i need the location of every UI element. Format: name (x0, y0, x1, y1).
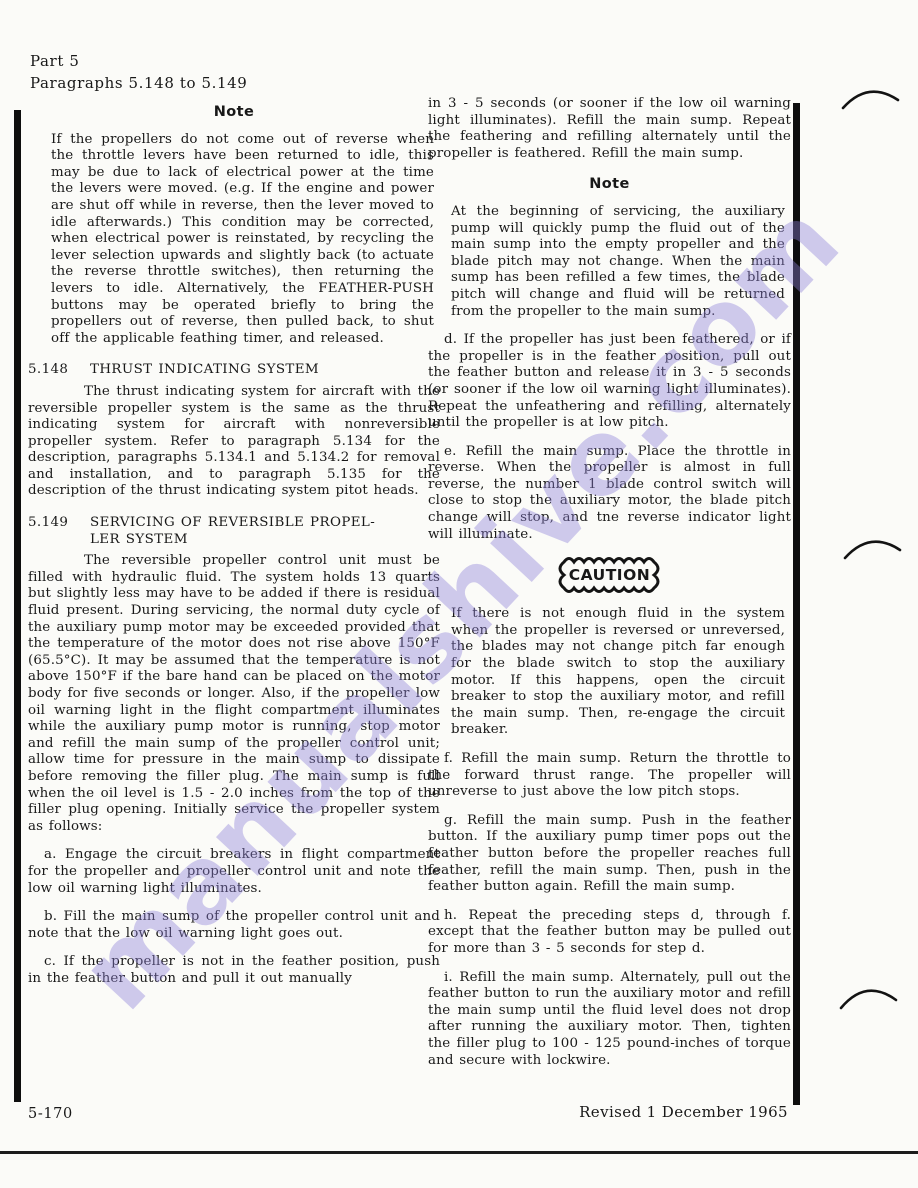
step-b-paragraph: b. Fill the main sump of the propeller c… (28, 909, 440, 942)
note-heading: Note (428, 176, 791, 193)
scanned-manual-page: manualshive.com Part 5 Paragraphs 5.148 … (0, 0, 918, 1188)
revision-date: Revised 1 December 1965 (579, 1103, 788, 1121)
bottom-rule-divider (0, 1151, 918, 1154)
note-heading: Note (28, 104, 440, 121)
page-number: 5-170 (28, 1106, 73, 1122)
section-5-149-paragraph: The reversible propeller control unit mu… (28, 553, 440, 835)
step-e-paragraph: e. Refill the main sump. Place the throt… (428, 444, 791, 544)
right-column: in 3 - 5 seconds (or sooner if the low o… (428, 96, 791, 1069)
step-g-paragraph: g. Refill the main sump. Push in the fea… (428, 813, 791, 896)
part-label: Part 5 (30, 50, 247, 72)
caution-label: CAUTION (569, 567, 650, 584)
paragraph-range-label: Paragraphs 5.148 to 5.149 (30, 72, 247, 94)
step-h-paragraph: h. Repeat the preceding steps d, through… (428, 908, 791, 958)
step-f-paragraph: f. Refill the main sump. Return the thro… (428, 751, 791, 801)
note-paragraph: At the beginning of servicing, the auxil… (451, 204, 785, 320)
section-heading-5-149: 5.149 SERVICING OF REVERSIBLE PROPEL- LE… (28, 515, 440, 548)
caution-box-container: CAUTION (428, 553, 791, 597)
scan-curl-mark (840, 84, 902, 116)
scan-curl-mark (842, 534, 904, 566)
section-number: 5.149 (28, 515, 90, 548)
section-title: SERVICING OF REVERSIBLE PROPEL- LER SYST… (90, 515, 375, 548)
caution-paragraph: If there is not enough fluid in the syst… (451, 606, 785, 739)
scan-curl-mark (838, 982, 900, 1016)
step-a-paragraph: a. Engage the circuit breakers in flight… (28, 847, 440, 897)
note-paragraph: If the propellers do not come out of rev… (51, 132, 434, 348)
caution-box: CAUTION (554, 553, 666, 597)
step-c-paragraph: c. If the propeller is not in the feathe… (28, 954, 440, 987)
left-column: Note If the propellers do not come out o… (28, 100, 440, 988)
section-heading-5-148: 5.148 THRUST INDICATING SYSTEM (28, 362, 440, 379)
step-d-paragraph: d. If the propeller has just been feathe… (428, 332, 791, 432)
section-5-148-paragraph: The thrust indicating system for aircraf… (28, 384, 440, 500)
section-number: 5.148 (28, 362, 90, 379)
change-bar-left (14, 110, 21, 1102)
step-i-paragraph: i. Refill the main sump. Alternately, pu… (428, 970, 791, 1070)
change-bar-right (793, 103, 800, 1105)
section-title: THRUST INDICATING SYSTEM (90, 362, 319, 379)
continuation-paragraph: in 3 - 5 seconds (or sooner if the low o… (428, 96, 791, 162)
page-header: Part 5 Paragraphs 5.148 to 5.149 (30, 50, 247, 94)
